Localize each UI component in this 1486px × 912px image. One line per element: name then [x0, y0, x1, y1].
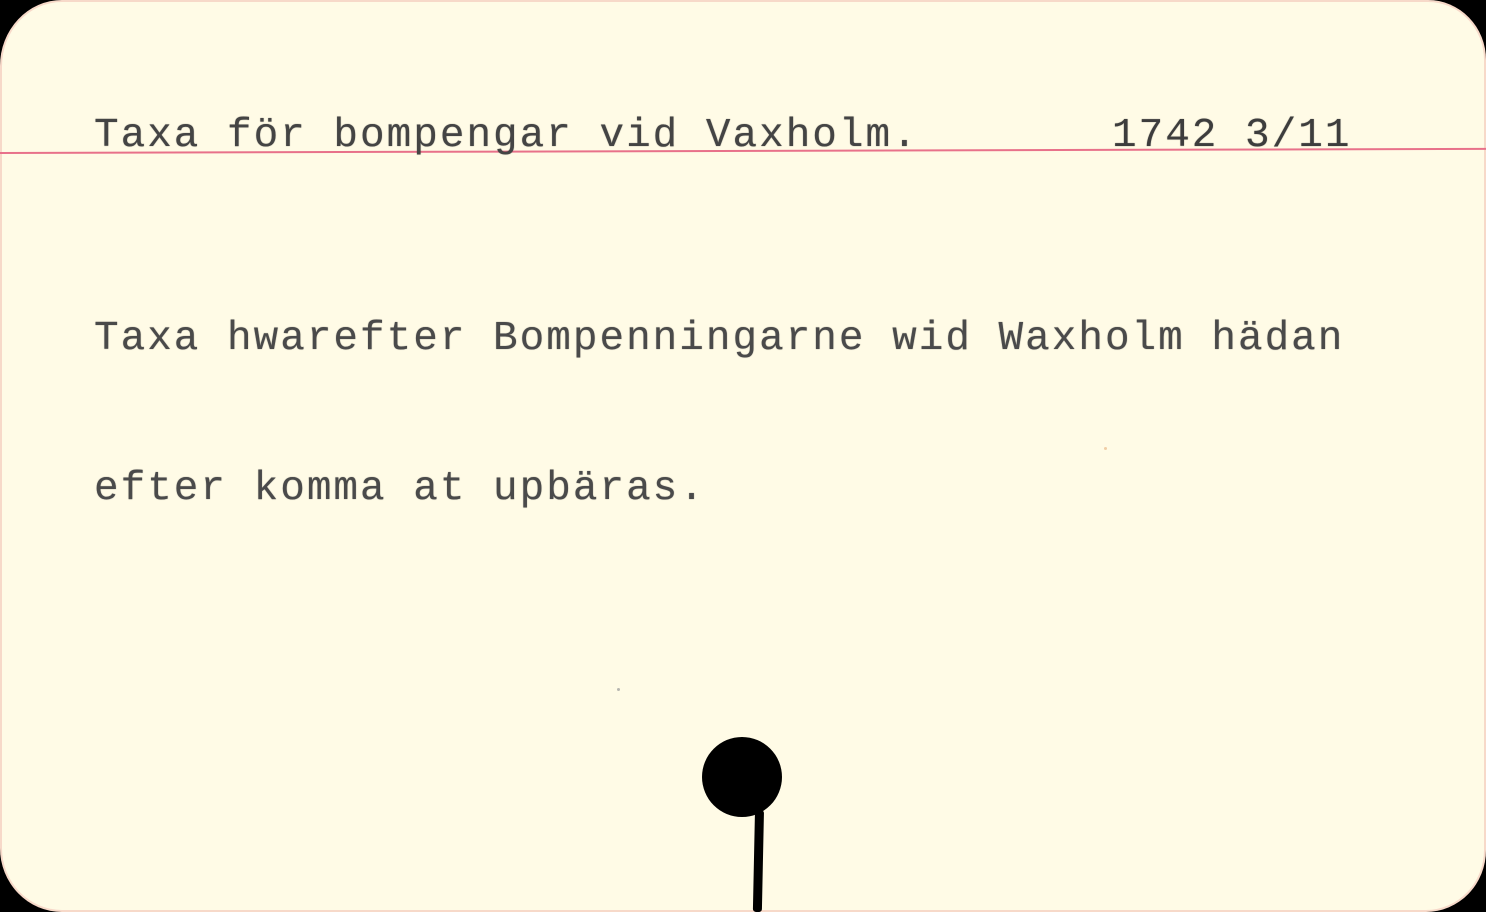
punch-hole-icon — [702, 737, 782, 817]
index-card: Taxa för bompengar vid Vaxholm. 1742 3/1… — [0, 0, 1486, 912]
binding-string — [753, 810, 764, 912]
card-body-line-2: efter komma at upbäras. — [94, 464, 1344, 514]
paper-speck — [1104, 447, 1107, 450]
card-body: Taxa hwarefter Bompenningarne wid Waxhol… — [94, 214, 1344, 614]
card-body-line-1: Taxa hwarefter Bompenningarne wid Waxhol… — [94, 314, 1344, 364]
card-title: Taxa för bompengar vid Vaxholm. — [94, 112, 919, 160]
card-date: 1742 3/11 — [1112, 112, 1351, 160]
paper-speck — [617, 688, 620, 691]
